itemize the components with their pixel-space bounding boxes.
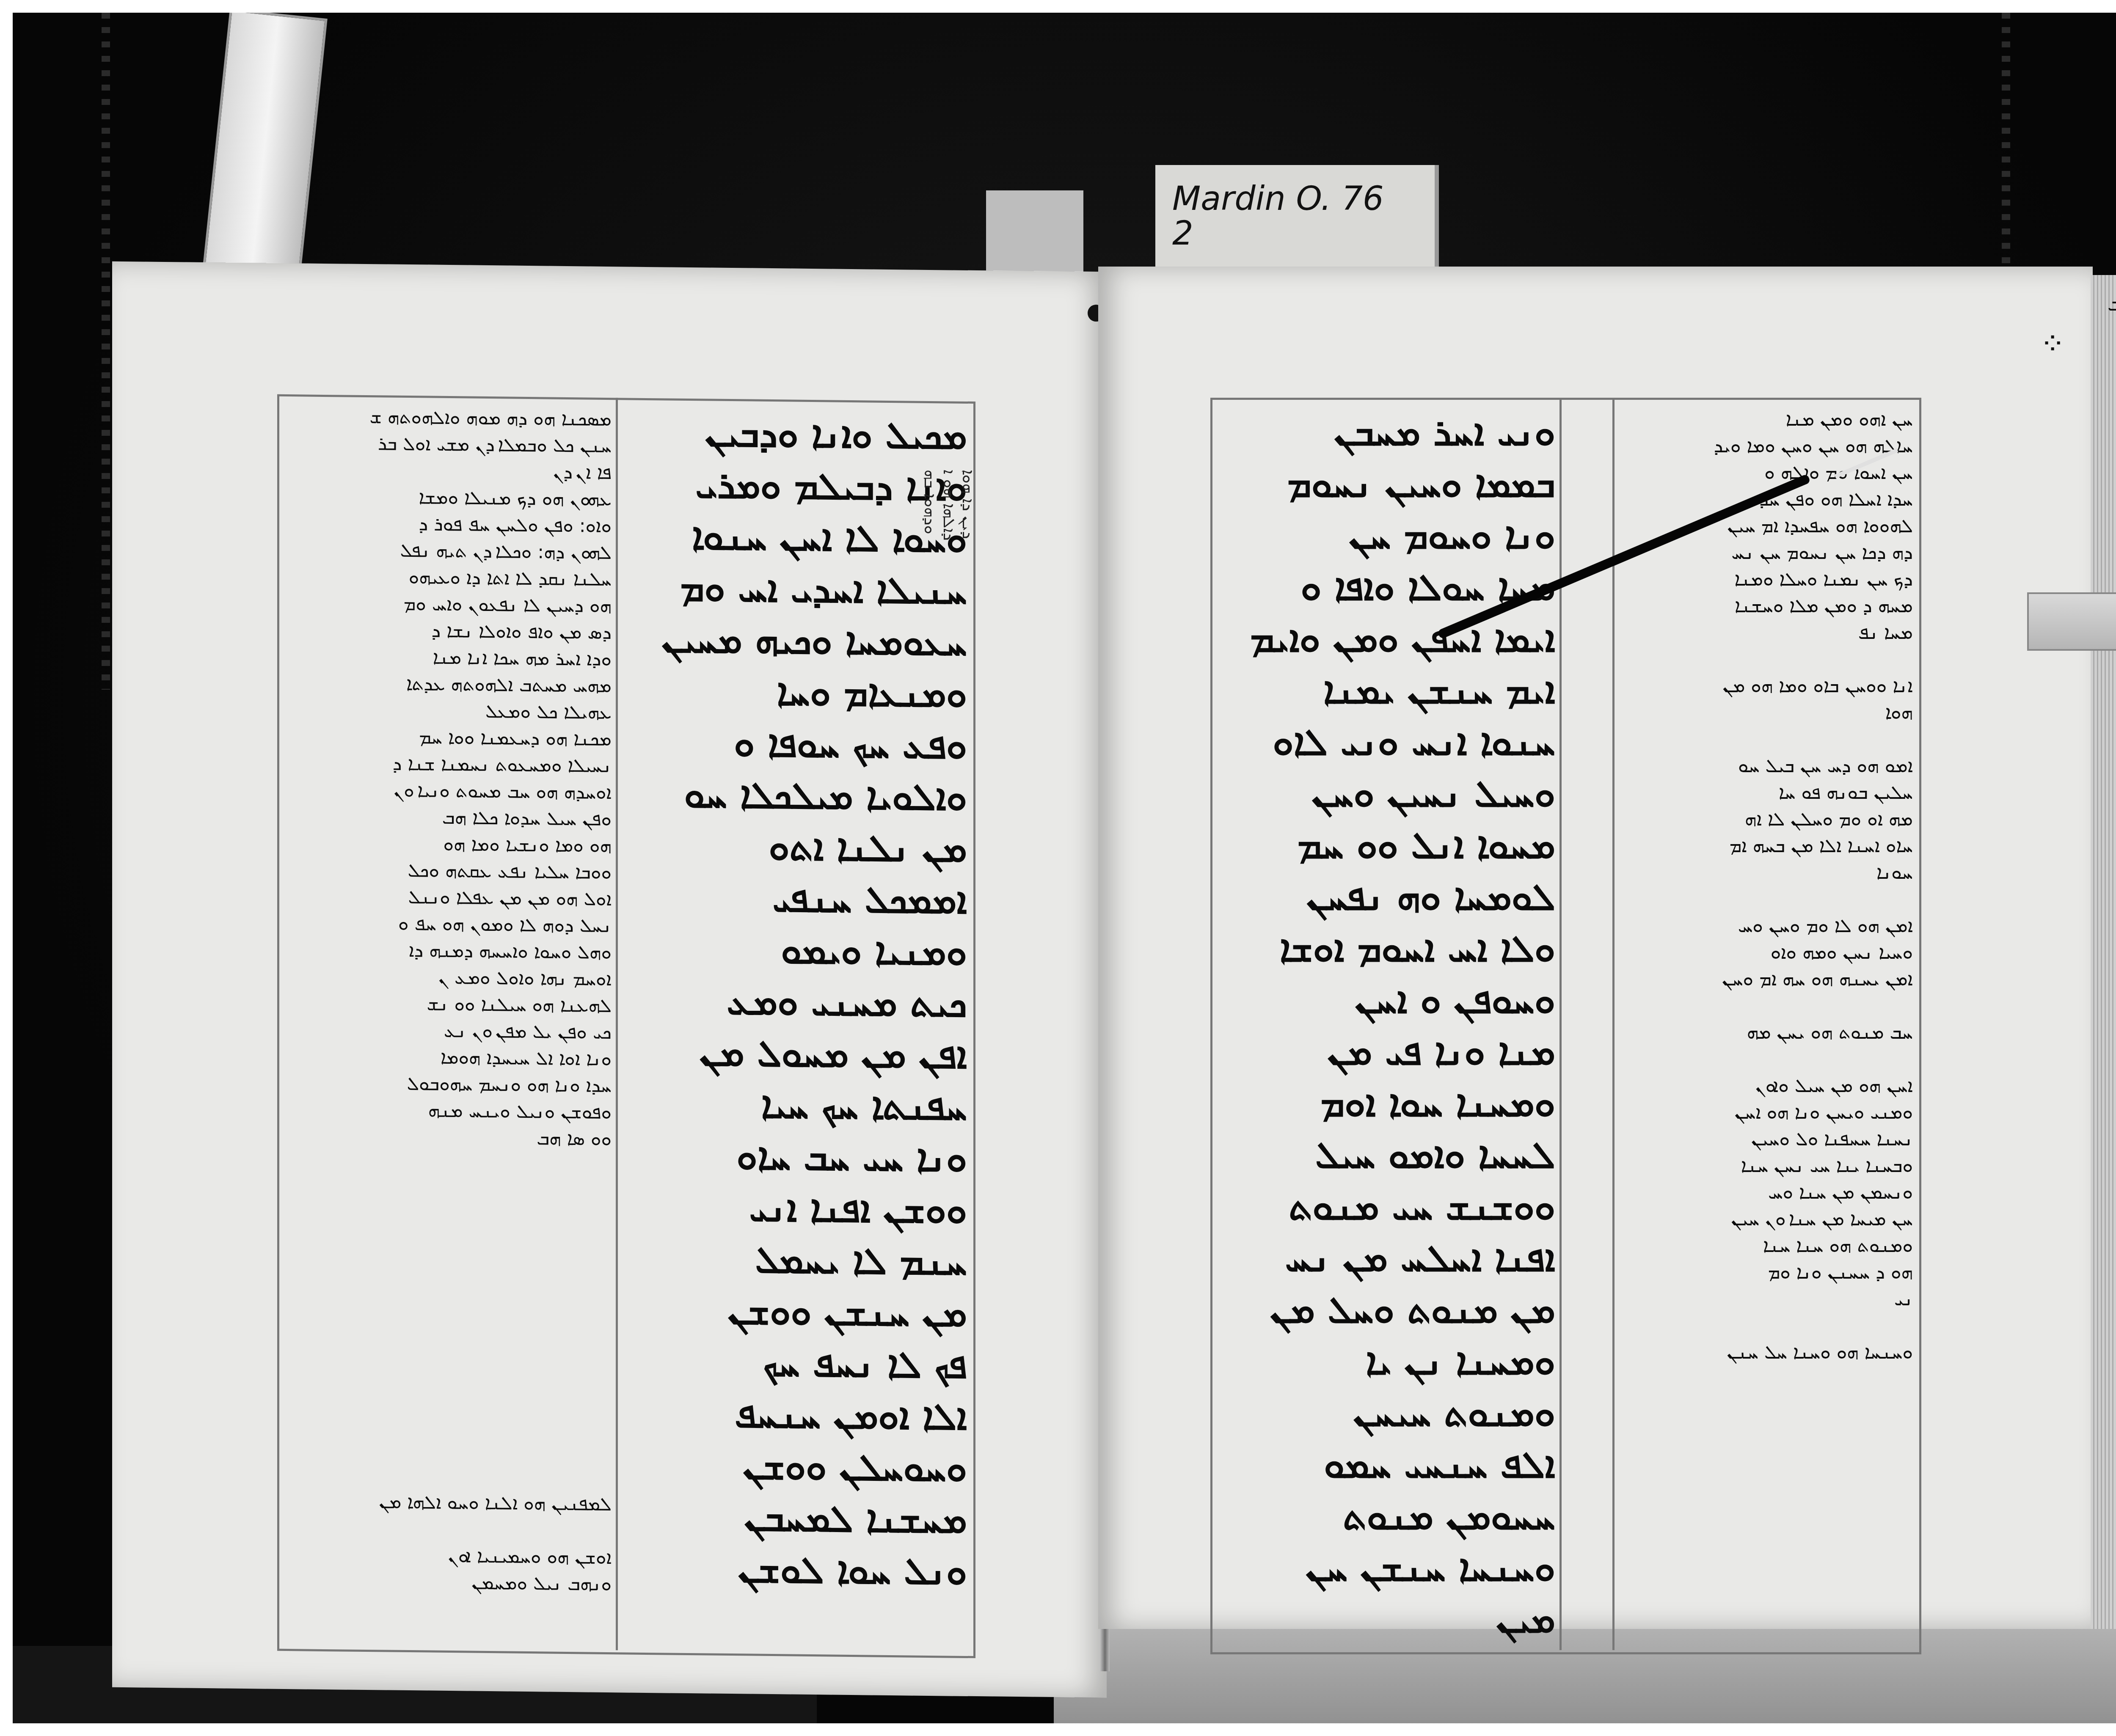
script-line: ܚܐܘ ܐܚܢܐ ܐܠܐ ܡܢ ܒܚܗ ܐܡ <box>1617 833 1913 859</box>
script-line <box>1617 1046 1913 1073</box>
script-line: ܘܢܐ ܚܝ ܚܒ ܚܐܘ <box>624 1129 967 1184</box>
script-line: ܘܡܢܝ ܘܝܚܢ ܘܢܐ ܗܘ ܐܚܢ <box>1617 1099 1913 1126</box>
script-line: ܡܗ ܐܘ ܘܡ ܘܚܠܢ ܠܐ ܐܗ <box>1617 806 1913 833</box>
script-line: ܠܗܥܢܐ ܗܘ ܚܝܠܢܐ ܘܘ ܢܫ <box>281 989 612 1019</box>
script-line: ܘܚܢܚܐ ܗܘ ܘܚܢܐ ܚܠ ܚܢܢ <box>1617 1339 1913 1366</box>
script-line: ܡܟܝܠ ܘܐܢܐ ܘܕܒܝܢ <box>624 406 967 461</box>
script-line: ܠܗܘܢ ܕܗ: ܘܟܠܐ ܕܢ ܬܝܗ ܢܦܠ <box>281 536 612 566</box>
script-line: ܘܘ ܣܐ ܗܒ <box>281 1122 612 1153</box>
script-line: ܘܦܢ ܚܝܠ ܚܕܘܐ ܟܠܐ ܗܒ <box>281 803 612 833</box>
script-line: ܡܢ ܡܢܘܬ ܘܚܠ ܡܢ <box>1215 1284 1555 1335</box>
script-line: ܗܘܐ <box>1617 699 1913 726</box>
script-line: ܢܚܝܠܐ ܘܡܚܥܘܬ ܢܚܡܢܐ ܫܢܐ ܕ <box>281 749 612 779</box>
script-line <box>281 1514 612 1544</box>
script-line: ܘܚܝܠ ܢܚܝܢ ܘܚܢ <box>1215 768 1555 819</box>
script-line: ܐܦܢ ܡܢ ܡܚܘܠ ܡܢ <box>624 1026 967 1081</box>
script-line: ܐܠܦ ܚܢܚܝ ܚܡܘ <box>1215 1439 1555 1490</box>
shelfmark-label: Mardin O. 76 2 <box>1155 165 1439 279</box>
script-line: ܡܚܐ ܢܦ <box>1617 619 1913 646</box>
script-line: ܐܝܡܐ ܐܚܦܢ ܘܡܢ ܘܐܝܡ <box>1215 613 1555 664</box>
script-line: ܥܗܝܠܐ ܟܠ ܘܡܥܠ <box>281 696 612 726</box>
script-line: ܐܦܢܐ ܐܚܠܚ ܡܢ ܢܚ <box>1215 1232 1555 1284</box>
script-line: ܗܘ ܘܡܐ ܘܢܫܝܐ ܘܡܐ ܗܘ <box>281 829 612 859</box>
script-line: ܚܢܘܐ ܐܢܚ ܘܢܝ ܠܐܘ <box>1215 716 1555 768</box>
script-line: ܢܚܠ ܕܘܗ ܠܐ ܘܡܘܢ ܗܘ ܚܦ ܘ <box>281 909 612 939</box>
script-line: ܐܡܢ ܗܘ ܠܐ ܘܡ ܘܚܢ ܘܚ <box>1617 913 1913 939</box>
script-line: ܐܘܠ ܗܘ ܡܢ ܡܢ ܥܦܠܐ ܘܢܢܠ <box>281 883 612 913</box>
shelfmark-text: Mardin O. 76 2 <box>1172 182 1384 251</box>
script-line: ܚܢ ܐܗܘ ܘܡܢ ܡܢܐ <box>1617 406 1913 433</box>
script-line: ܘܢܝ ܐܚܪ ܡܚܒܢ <box>1215 406 1555 458</box>
script-line: ܘܢܠ ܚܘܐ ܠܘܫܢ <box>624 1542 967 1597</box>
script-line: ܘܠܐ ܐܚ ܐܚܘܡ ܐܘܫܐ <box>1215 922 1555 974</box>
script-line: ܚܚܘܡܢ ܡܢܘܬ <box>1215 1490 1555 1542</box>
left-page-column-divider <box>616 398 618 1650</box>
script-line: ܘܦܥ ܚܟ ܚܘܦܐ ܘ <box>624 716 967 771</box>
script-line: ܡܟܢܐ ܗܘ ܕܚܥܡܢܐ ܘܘܐ ܚܡ <box>281 723 612 753</box>
script-line: ܘܐܠܘܝܐ ܡܝܠܟܠܐ ܚܘ <box>624 768 967 823</box>
script-line: ܡܢܐ ܘܢܐ ܦܝ ܡܢ <box>1215 1026 1555 1077</box>
script-line: ܘܚܝܐ ܢܚܢ ܘܡܗ ܘܐܘ <box>1617 939 1913 966</box>
script-line: ܐܘܚܕܗ ܗܘ ܚܒ ܡܚܘܬ ܘܢܝܐ ܘܢ <box>281 776 612 806</box>
shelfmark-line2: 2 <box>1172 217 1384 251</box>
script-line: ܠܘܡܚܐ ܘܗ ܢܦܚܢ <box>1215 871 1555 922</box>
script-line: ܦܟ ܠܐ ܢܚܦ ܚܟ <box>624 1335 967 1390</box>
script-line: ܡܗܚ ܡܚܬܒ ܐܠܗܘܬܗ ܥܕܬܐ <box>281 669 612 699</box>
right-page-narrow-column: ܚܢ ܐܗܘ ܘܡܢ ܡܢܐܚܐܠܗ ܗܘ ܚܢ ܘܚܢ ܘܡܐ ܘܝܕܚܢ ܐ… <box>1617 406 1913 1633</box>
script-line: ܠܚܚܐ ܘܐܡܘ ܚܝܠ <box>1215 1129 1555 1180</box>
script-line: ܡܚܫܢܐ ܠܡܚܒܢ <box>624 1490 967 1545</box>
page-clip-right <box>2027 592 2116 651</box>
script-line: ܘܢܚܡܢ ܡܢ ܚܢܐ ܘܚ <box>1617 1179 1913 1206</box>
cloth-stitching-left <box>102 13 110 690</box>
script-line: ܕܟ ܚܢ ܢܡܢܐ ܘܚܠܐ ܘܡܢܐ <box>1617 566 1913 593</box>
script-line: ܚܦܢܬܐ ܚܟ ܚܝܐ <box>624 1077 967 1132</box>
script-line: ܐܡܢ ܝܚܢܗ ܗܘ ܚܗ ܐܡ ܘܚܢ <box>1617 966 1913 993</box>
manuscript-photograph: Mardin O. 76 2 ܡܣܟܢܐ ܗܘ ܕܗ ܡܘܗ ܘܐܠܗܘܬܗ ܫ… <box>13 13 2116 1723</box>
script-line: ܡܣܟܢܐ ܗܘ ܕܗ ܡܘܗ ܘܐܠܗܘܬܗ ܫ <box>281 403 612 433</box>
script-line: ܘܘܫܢܫ ܚܝ ܡܢܘܬ <box>1215 1180 1555 1232</box>
script-line: ܢܚܢܐ ܚܚܦܢܐ ܘܠ ܘܚܝܢ <box>1617 1126 1913 1153</box>
script-line: ܦܐ ܐܢ ܕܢ <box>281 456 612 486</box>
script-line: ܚܥܘܡܚܐ ܘܟܝܗ ܡܚܝܢ <box>624 613 967 668</box>
script-line: ܐܚܢ ܗܘ ܡܢ ܚܝܠ ܘܐܘܢ <box>1617 1073 1913 1099</box>
script-line: ܘܚܢܚܐ ܚܢܫܢ ܚܢ <box>1215 1542 1555 1593</box>
script-line: ܚܢܡ ܠܐ ܝܚܡܠ <box>624 1232 967 1287</box>
script-line: ܘܡܢܘܬ ܚܝܚܢ <box>1215 1387 1555 1439</box>
marginal-note: ܕܝܢ ܕܐ ܗܘܐ ܕܐܠܗܐ ܗܘ ܐ ܘܕܗܘܐ ܒܗ <box>741 470 978 554</box>
script-line: ܕܣ ܡܢ ܘܐܦ ܘܐܘܠܐ ܢܫܐ ܕ <box>281 616 612 646</box>
right-page: ܘܢܝ ܐܚܪ ܡܚܒܢܒܡܡܐ ܘܚܝܢ ܢܚܘܡܘܢܐ ܘܚܘܡ ܚܢܡܚܐ… <box>1098 267 2093 1629</box>
script-line: ܐܠܐ ܐܘܡܢ ܚܢܚܦ <box>624 1387 967 1442</box>
script-line: ܗܘ ܕܚܝܢ ܠܐ ܢܦܥܘܢ ܘܐܚ ܘܡ <box>281 589 612 619</box>
script-line: ܐܝܡ ܚܢܫܢ ܝܡܢܐ <box>1215 664 1555 716</box>
script-line: ܗܘ ܕ ܚܚܢܢ ܘܢܐ ܘܡ <box>1617 1259 1913 1286</box>
script-line: ܡܚܗ ܕ ܘܡܢ ܡܠܐ ܘܚܫܢܐ <box>1617 593 1913 619</box>
script-line: ܒܡܡܐ ܘܚܝܢ ܢܚܘܡ <box>1215 458 1555 509</box>
script-line: ܚܠܢܐ ܢܩܕ ܠܐ ܐܬܐ ܕܐ ܘܥܝܗܘ <box>281 563 612 593</box>
left-page-narrow-column: ܡܣܟܢܐ ܗܘ ܕܗ ܡܘܗ ܘܐܠܗܘܬܗ ܫܚܢܢ ܟܠ ܘܒܡܠܐ ܕܢ… <box>281 403 612 1633</box>
script-line <box>1617 886 1913 913</box>
script-line: ܘܢܗܒ ܢܝܠ ܘܡܚܡܢ <box>281 1568 612 1598</box>
script-line: ܚܢ ܡܝܚܐ ܡܢ ܚܢܐ ܘܢ ܚܝܢ <box>1617 1206 1913 1233</box>
script-line: ܐܡܡܟܠ ܚܢܦܝ <box>624 871 967 926</box>
script-line: ܠܡܦܢܝܢ ܗܘ ܐܠܢܐ ܘܚܘ ܐܠܗܐ ܡܢ <box>281 1488 612 1518</box>
script-line: ܘܚܘܦܢ ܘ ܐܚܢ <box>1215 974 1555 1026</box>
folio-mark: ܒ <box>2108 292 2116 316</box>
script-line: ܘܦܘܫܢ ܘܢܝܠ ܘܝܢܚ ܡܢܗ <box>281 1096 612 1126</box>
script-line: ܘܘܒܐ ܚܠܝܐ ܢܦܥ ܥܩܬܗ ܘܟܠ <box>281 856 612 886</box>
script-line: ܘܕܐ ܐܚܪ ܡܗ ܚܟܐ ܐܢܐ ܡܢܐ <box>281 643 612 673</box>
shelfmark-line1: Mardin O. 76 <box>1172 182 1384 217</box>
script-line: ܘܡܢܥܐܡ ܘܚܐ <box>624 664 967 719</box>
script-line: ܥܗܘܢ ܗܘ ܕܟ ܡܢܝܠܐ ܘܡܫܐ <box>281 483 612 513</box>
script-line: ܚܒ ܡܢܘܬ ܗܘ ܝܚܢ ܡܗ <box>1617 1019 1913 1046</box>
script-line: ܟܝ ܘܦܢ ܝܠ ܡܦܢ ܘܢ ܢܥ <box>281 1016 612 1046</box>
script-line: ܐܢܐ ܘܘܚܢ ܒܐܘ ܘܡܐ ܗܘ ܡܢ <box>1617 673 1913 699</box>
script-line: ܢܝ <box>1617 1286 1913 1312</box>
script-line: ܘܗܠ ܘܚܘܐ ܘܐܚܚܗ ܕܡܢܗ ܕܐ <box>281 936 612 966</box>
script-line: ܚܠܝܢ ܒܘܢܗ ܦܘ ܚܐ <box>1617 779 1913 806</box>
script-line: ܐܘܫܢ ܗܘ ܘܚܡܝܢܝܐ ܐܘܢ <box>281 1541 612 1571</box>
script-line: ܚܢܝܠܐ ܐܚܕܝ ܐܚ ܘܡ <box>624 561 967 616</box>
script-line: ܚܐܠܗ ܗܘ ܚܢ ܘܚܢ ܘܡܐ ܘܝܕ <box>1617 433 1913 459</box>
script-line: ܐܡܘ ܗܘ ܕܚ ܚܢ ܒܝܠ ܚܘ <box>1617 753 1913 779</box>
script-line: ܟܝܬ ܡܚܢܝ ܘܡܥ <box>624 974 967 1029</box>
script-line: ܘܡܢܝܐ ܘܝܡܘ <box>624 922 967 977</box>
right-page-wide-column: ܘܢܝ ܐܚܪ ܡܚܒܢܒܡܡܐ ܘܚܝܢ ܢܚܘܡܘܢܐ ܘܚܘܡ ܚܢܡܚܐ… <box>1215 406 1555 1650</box>
script-line: ܘܚܘܚܠܢ ܘܘܫܢ <box>624 1439 967 1494</box>
script-line <box>1617 726 1913 753</box>
script-line: ܘܘܫܢ ܐܦܢܐ ܐܢܝ <box>624 1180 967 1235</box>
script-line: ܘܡܢܘܬ ܗܘ ܚܢܐ ܚܢܐ <box>1617 1233 1913 1259</box>
script-line: ܐܘܚܡ ܢܗܐ ܘܐܘܠ ܘܡܥ ܢ <box>281 963 612 993</box>
script-line <box>1617 993 1913 1019</box>
script-line <box>1617 1312 1913 1339</box>
script-line: ܚܢܢ ܟܠ ܘܒܡܠܐ ܕܢ ܡܫܝ ܐܘܠ ܒܪ <box>281 429 612 459</box>
script-line: ܡܢ ܢܠܢܐ ܐܬܘ <box>624 819 967 874</box>
script-line: ܘܢܐ ܐܘܐ ܐܠ ܚܝܚܕܐ ܗܘܡܐ <box>281 1043 612 1073</box>
left-page-wide-column: ܡܟܝܠ ܘܐܢܐ ܘܕܒܝܢܘܐܢܐ ܕܒܝܠܡ ܘܡܪܝܘܚܘܐ ܠܐ ܐܚ… <box>624 406 967 1637</box>
script-line: ܚܘܢܐ <box>1617 859 1913 886</box>
script-line: ܘܡܚܢܐ ܚܘܐ ܐܘܡ <box>1215 1077 1555 1129</box>
script-line: ܘܒܚܢܐ ܝܢܐ ܚܝ ܢܚܢ ܚܢܐ <box>1617 1153 1913 1179</box>
script-line <box>1617 646 1913 673</box>
script-line: ܡܢ ܚܢܫܢ ܘܘܫܢ <box>624 1284 967 1339</box>
script-line: ܡܚܘܐ ܐܢܠ ܘܘ ܚܡ <box>1215 819 1555 871</box>
right-page-inner-rule <box>1612 398 1615 1650</box>
script-line: ܘܢܐ ܘܚܘܡ ܚܢ <box>1215 509 1555 561</box>
script-line: ܘܡܚܢܐ ܢܢ ܝܐ <box>1215 1335 1555 1387</box>
script-line: ܡܝܢ <box>1215 1593 1555 1645</box>
script-line: ܘܐܘ: ܘܦܢ ܘܠܚܢ ܚܦ ܦܘܪ ܕ <box>281 509 612 539</box>
ornament-icon: ⁘ <box>2040 326 2065 361</box>
script-line: ܚܕܐ ܘܢܐ ܗܘ ܘܢܚܡ ܚܗܘܒܘܠ <box>281 1069 612 1099</box>
page-edges <box>2091 275 2116 1629</box>
